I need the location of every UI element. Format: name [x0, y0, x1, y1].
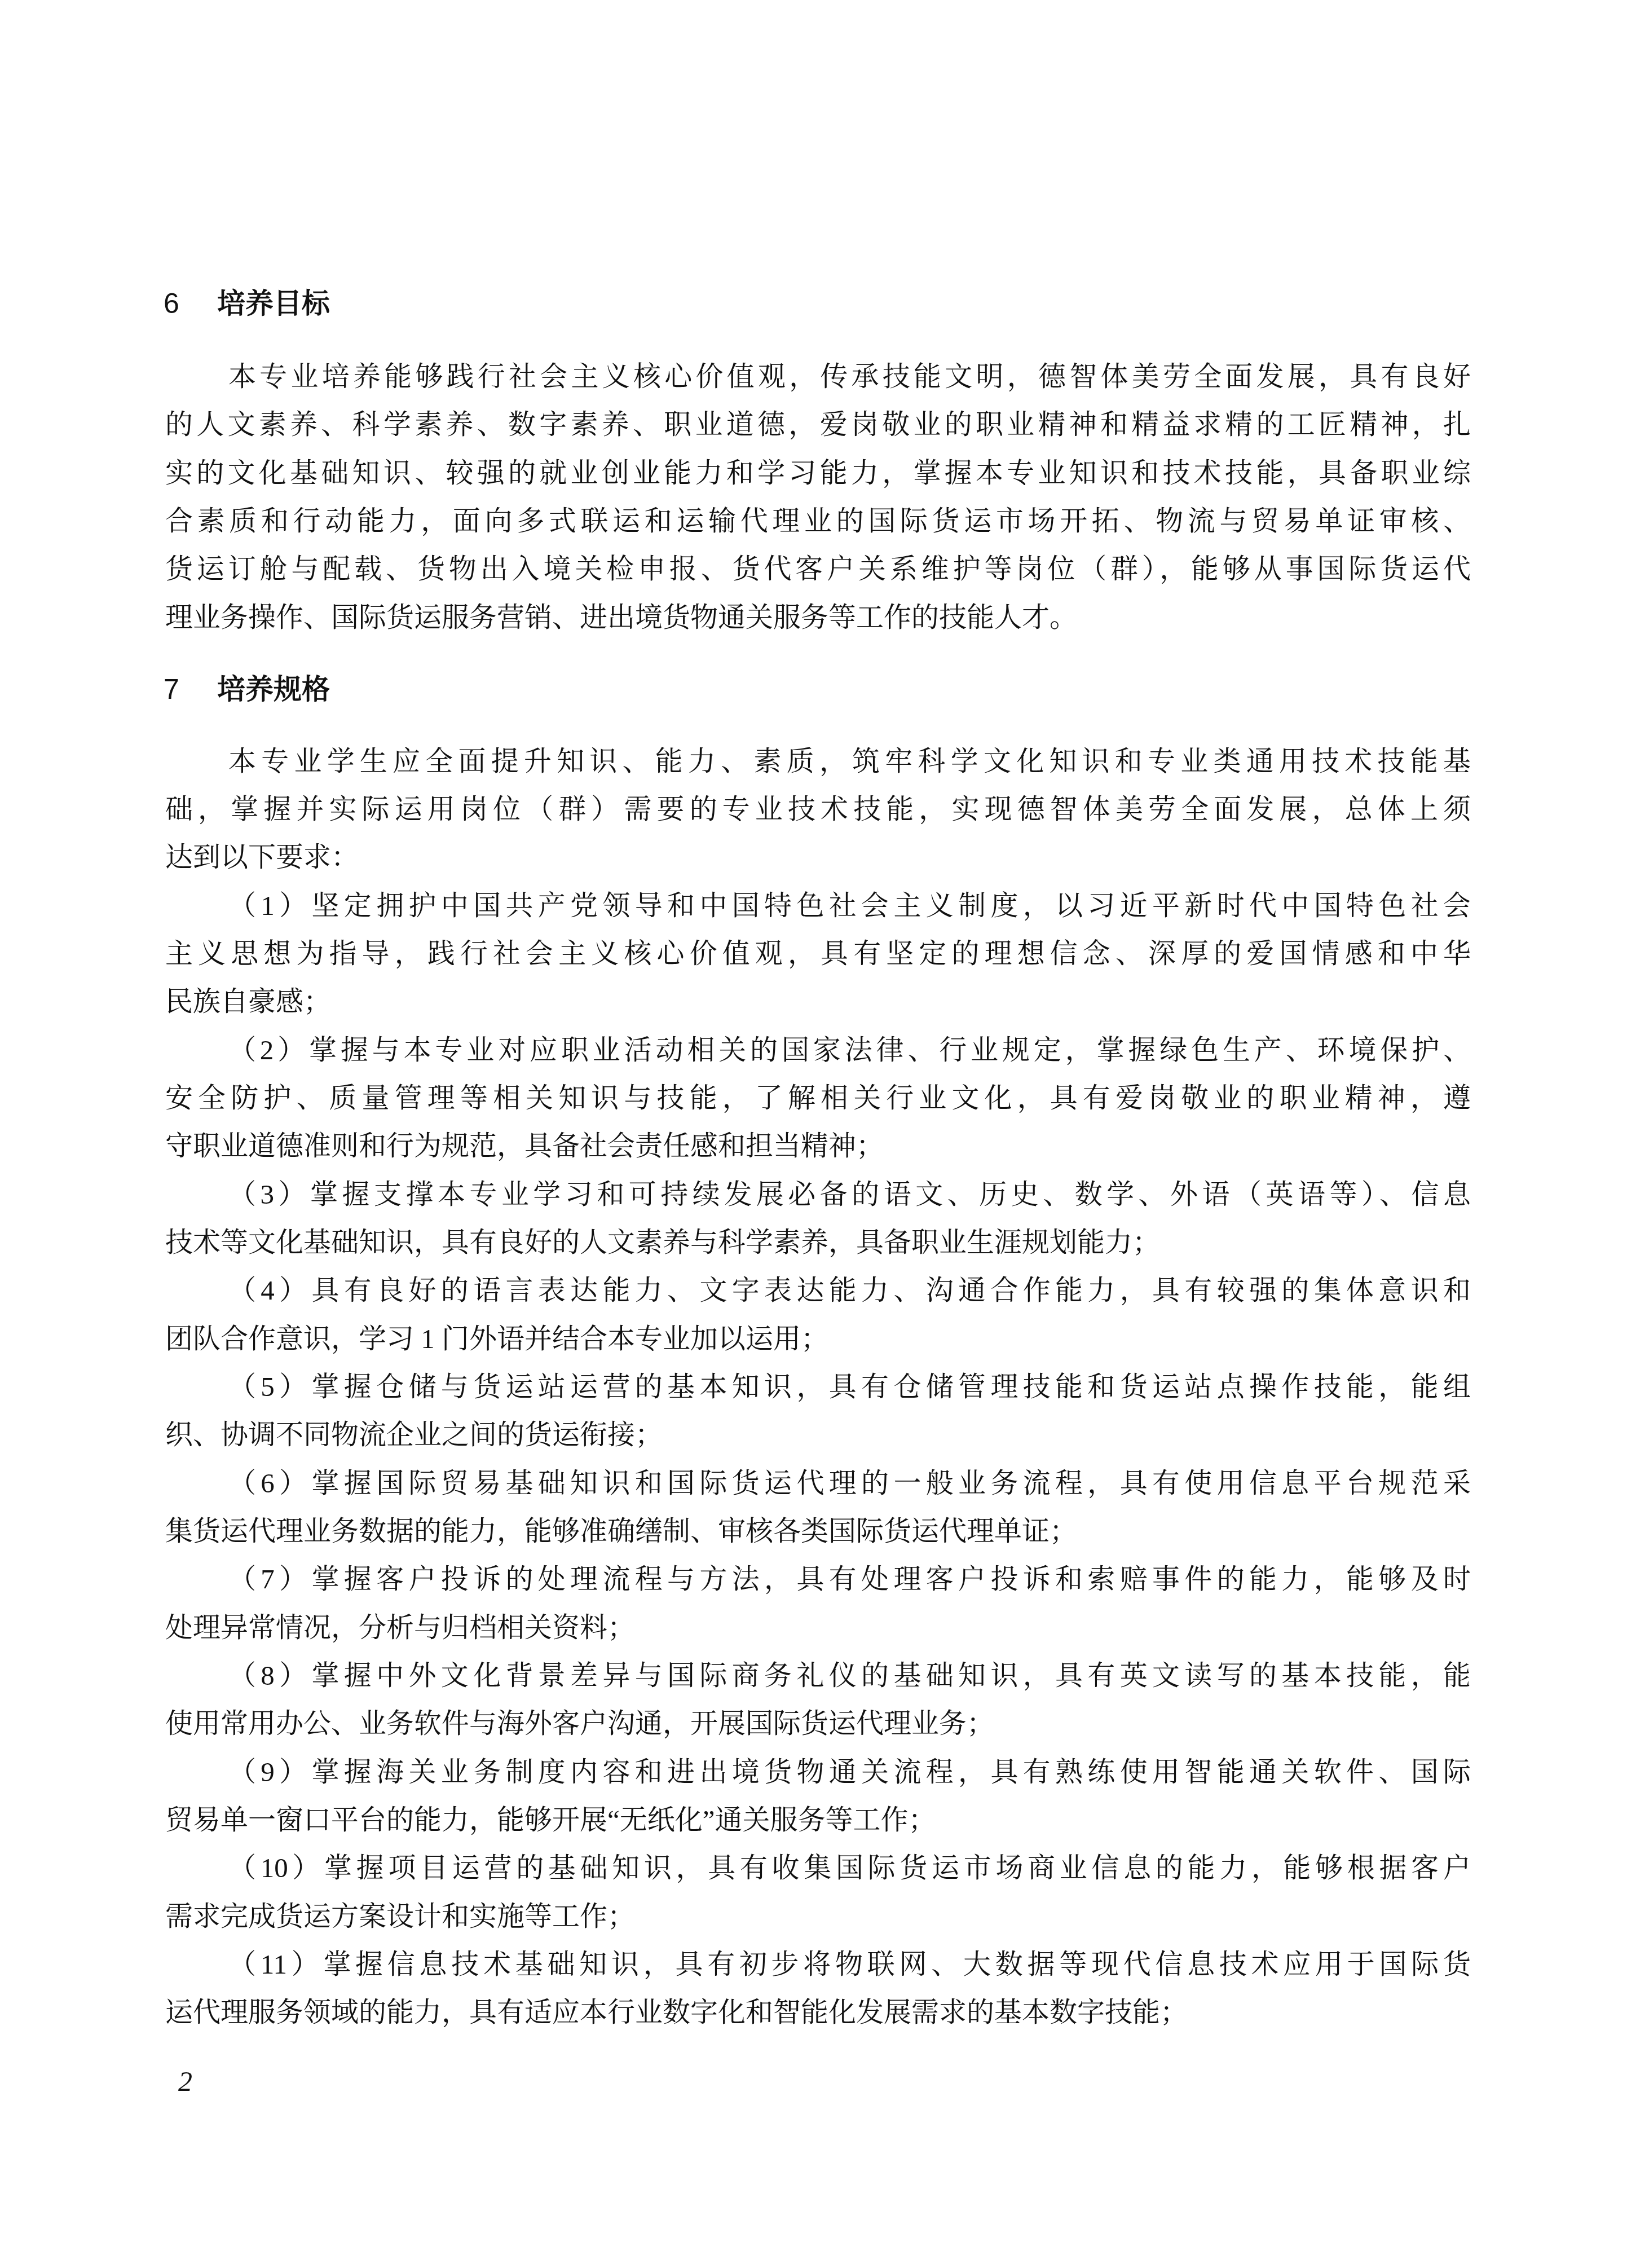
list-item-line: （4）具有良好的语言表达能力、文字表达能力、沟通合作能力，具有较强的集体意识和 [228, 1268, 1471, 1313]
list-item-line: 织、协调不同物流企业之间的货运衔接； [165, 1412, 1471, 1457]
paragraph-line: 货运订舱与配载、货物出入境关检申报、货代客户关系维护等岗位（群），能够从事国际货… [165, 547, 1471, 592]
section-number: 7 [164, 670, 217, 709]
list-item-line: 安全防护、质量管理等相关知识与技能，了解相关行业文化，具有爱岗敬业的职业精神，遵 [165, 1076, 1471, 1121]
paragraph-line: 合素质和行动能力，面向多式联运和运输代理业的国际货运市场开拓、物流与贸易单证审核… [165, 499, 1471, 544]
paragraph-line: 本专业培养能够践行社会主义核心价值观，传承技能文明，德智体美劳全面发展，具有良好 [228, 354, 1471, 399]
list-item-line: （7）掌握客户投诉的处理流程与方法，具有处理客户投诉和索赔事件的能力，能够及时 [228, 1557, 1471, 1602]
paragraph-line: 的人文素养、科学素养、数字素养、职业道德，爱岗敬业的职业精神和精益求精的工匠精神… [165, 402, 1471, 447]
paragraph-line: 实的文化基础知识、较强的就业创业能力和学习能力，掌握本专业知识和技术技能，具备职… [165, 451, 1471, 496]
list-item-line: 团队合作意识，学习 1 门外语并结合本专业加以运用； [165, 1316, 1471, 1362]
list-item-line: （2）掌握与本专业对应职业活动相关的国家法律、行业规定，掌握绿色生产、环境保护、 [228, 1028, 1471, 1073]
list-item-line: （11）掌握信息技术基础知识，具有初步将物联网、大数据等现代信息技术应用于国际货 [228, 1942, 1471, 1987]
list-item-line: 处理异常情况，分析与归档相关资料； [165, 1605, 1471, 1650]
section-heading-7: 7培养规格 [164, 670, 330, 709]
list-item-line: （5）掌握仓储与货运站运营的基本知识，具有仓储管理技能和货运站点操作技能，能组 [228, 1364, 1471, 1410]
section-number: 6 [164, 284, 217, 323]
list-item-line: 民族自豪感； [165, 979, 1471, 1024]
section-title: 培养目标 [217, 287, 330, 320]
list-item-line: （10）掌握项目运营的基础知识，具有收集国际货运市场商业信息的能力，能够根据客户 [228, 1846, 1471, 1891]
list-item-line: 集货运代理业务数据的能力，能够准确缮制、审核各类国际货运代理单证； [165, 1509, 1471, 1554]
list-item-line: 使用常用办公、业务软件与海外客户沟通，开展国际货运代理业务； [165, 1701, 1471, 1746]
list-item-line: 贸易单一窗口平台的能力，能够开展“无纸化”通关服务等工作； [165, 1798, 1471, 1843]
list-item-line: 需求完成货运方案设计和实施等工作； [165, 1894, 1471, 1939]
list-item-line: （3）掌握支撑本专业学习和可持续发展必备的语文、历史、数学、外语（英语等）、信息 [228, 1172, 1471, 1217]
document-page: 6培养目标 本专业培养能够践行社会主义核心价值观，传承技能文明，德智体美劳全面发… [0, 0, 1627, 2268]
paragraph-line: 础，掌握并实际运用岗位（群）需要的专业技术技能，实现德智体美劳全面发展，总体上须 [165, 787, 1471, 832]
list-item-line: （8）掌握中外文化背景差异与国际商务礼仪的基础知识，具有英文读写的基本技能，能 [228, 1653, 1471, 1698]
list-item-line: （9）掌握海关业务制度内容和进出境货物通关流程，具有熟练使用智能通关软件、国际 [228, 1750, 1471, 1795]
list-item-line: 主义思想为指导，践行社会主义核心价值观，具有坚定的理想信念、深厚的爱国情感和中华 [165, 931, 1471, 976]
list-item-line: （1）坚定拥护中国共产党领导和中国特色社会主义制度，以习近平新时代中国特色社会 [228, 883, 1471, 928]
list-item-line: （6）掌握国际贸易基础知识和国际货运代理的一般业务流程，具有使用信息平台规范采 [228, 1461, 1471, 1506]
paragraph-line: 本专业学生应全面提升知识、能力、素质，筑牢科学文化知识和专业类通用技术技能基 [228, 739, 1471, 784]
paragraph-line: 理业务操作、国际货运服务营销、进出境货物通关服务等工作的技能人才。 [165, 595, 1471, 640]
page-number: 2 [178, 2064, 192, 2098]
list-item-line: 运代理服务领域的能力，具有适应本行业数字化和智能化发展需求的基本数字技能； [165, 1990, 1471, 2035]
list-item-line: 技术等文化基础知识，具有良好的人文素养与科学素养，具备职业生涯规划能力； [165, 1220, 1471, 1265]
paragraph-line: 达到以下要求： [165, 835, 1471, 880]
section-title: 培养规格 [217, 673, 330, 706]
list-item-line: 守职业道德准则和行为规范，具备社会责任感和担当精神； [165, 1124, 1471, 1169]
section-heading-6: 6培养目标 [164, 284, 330, 323]
